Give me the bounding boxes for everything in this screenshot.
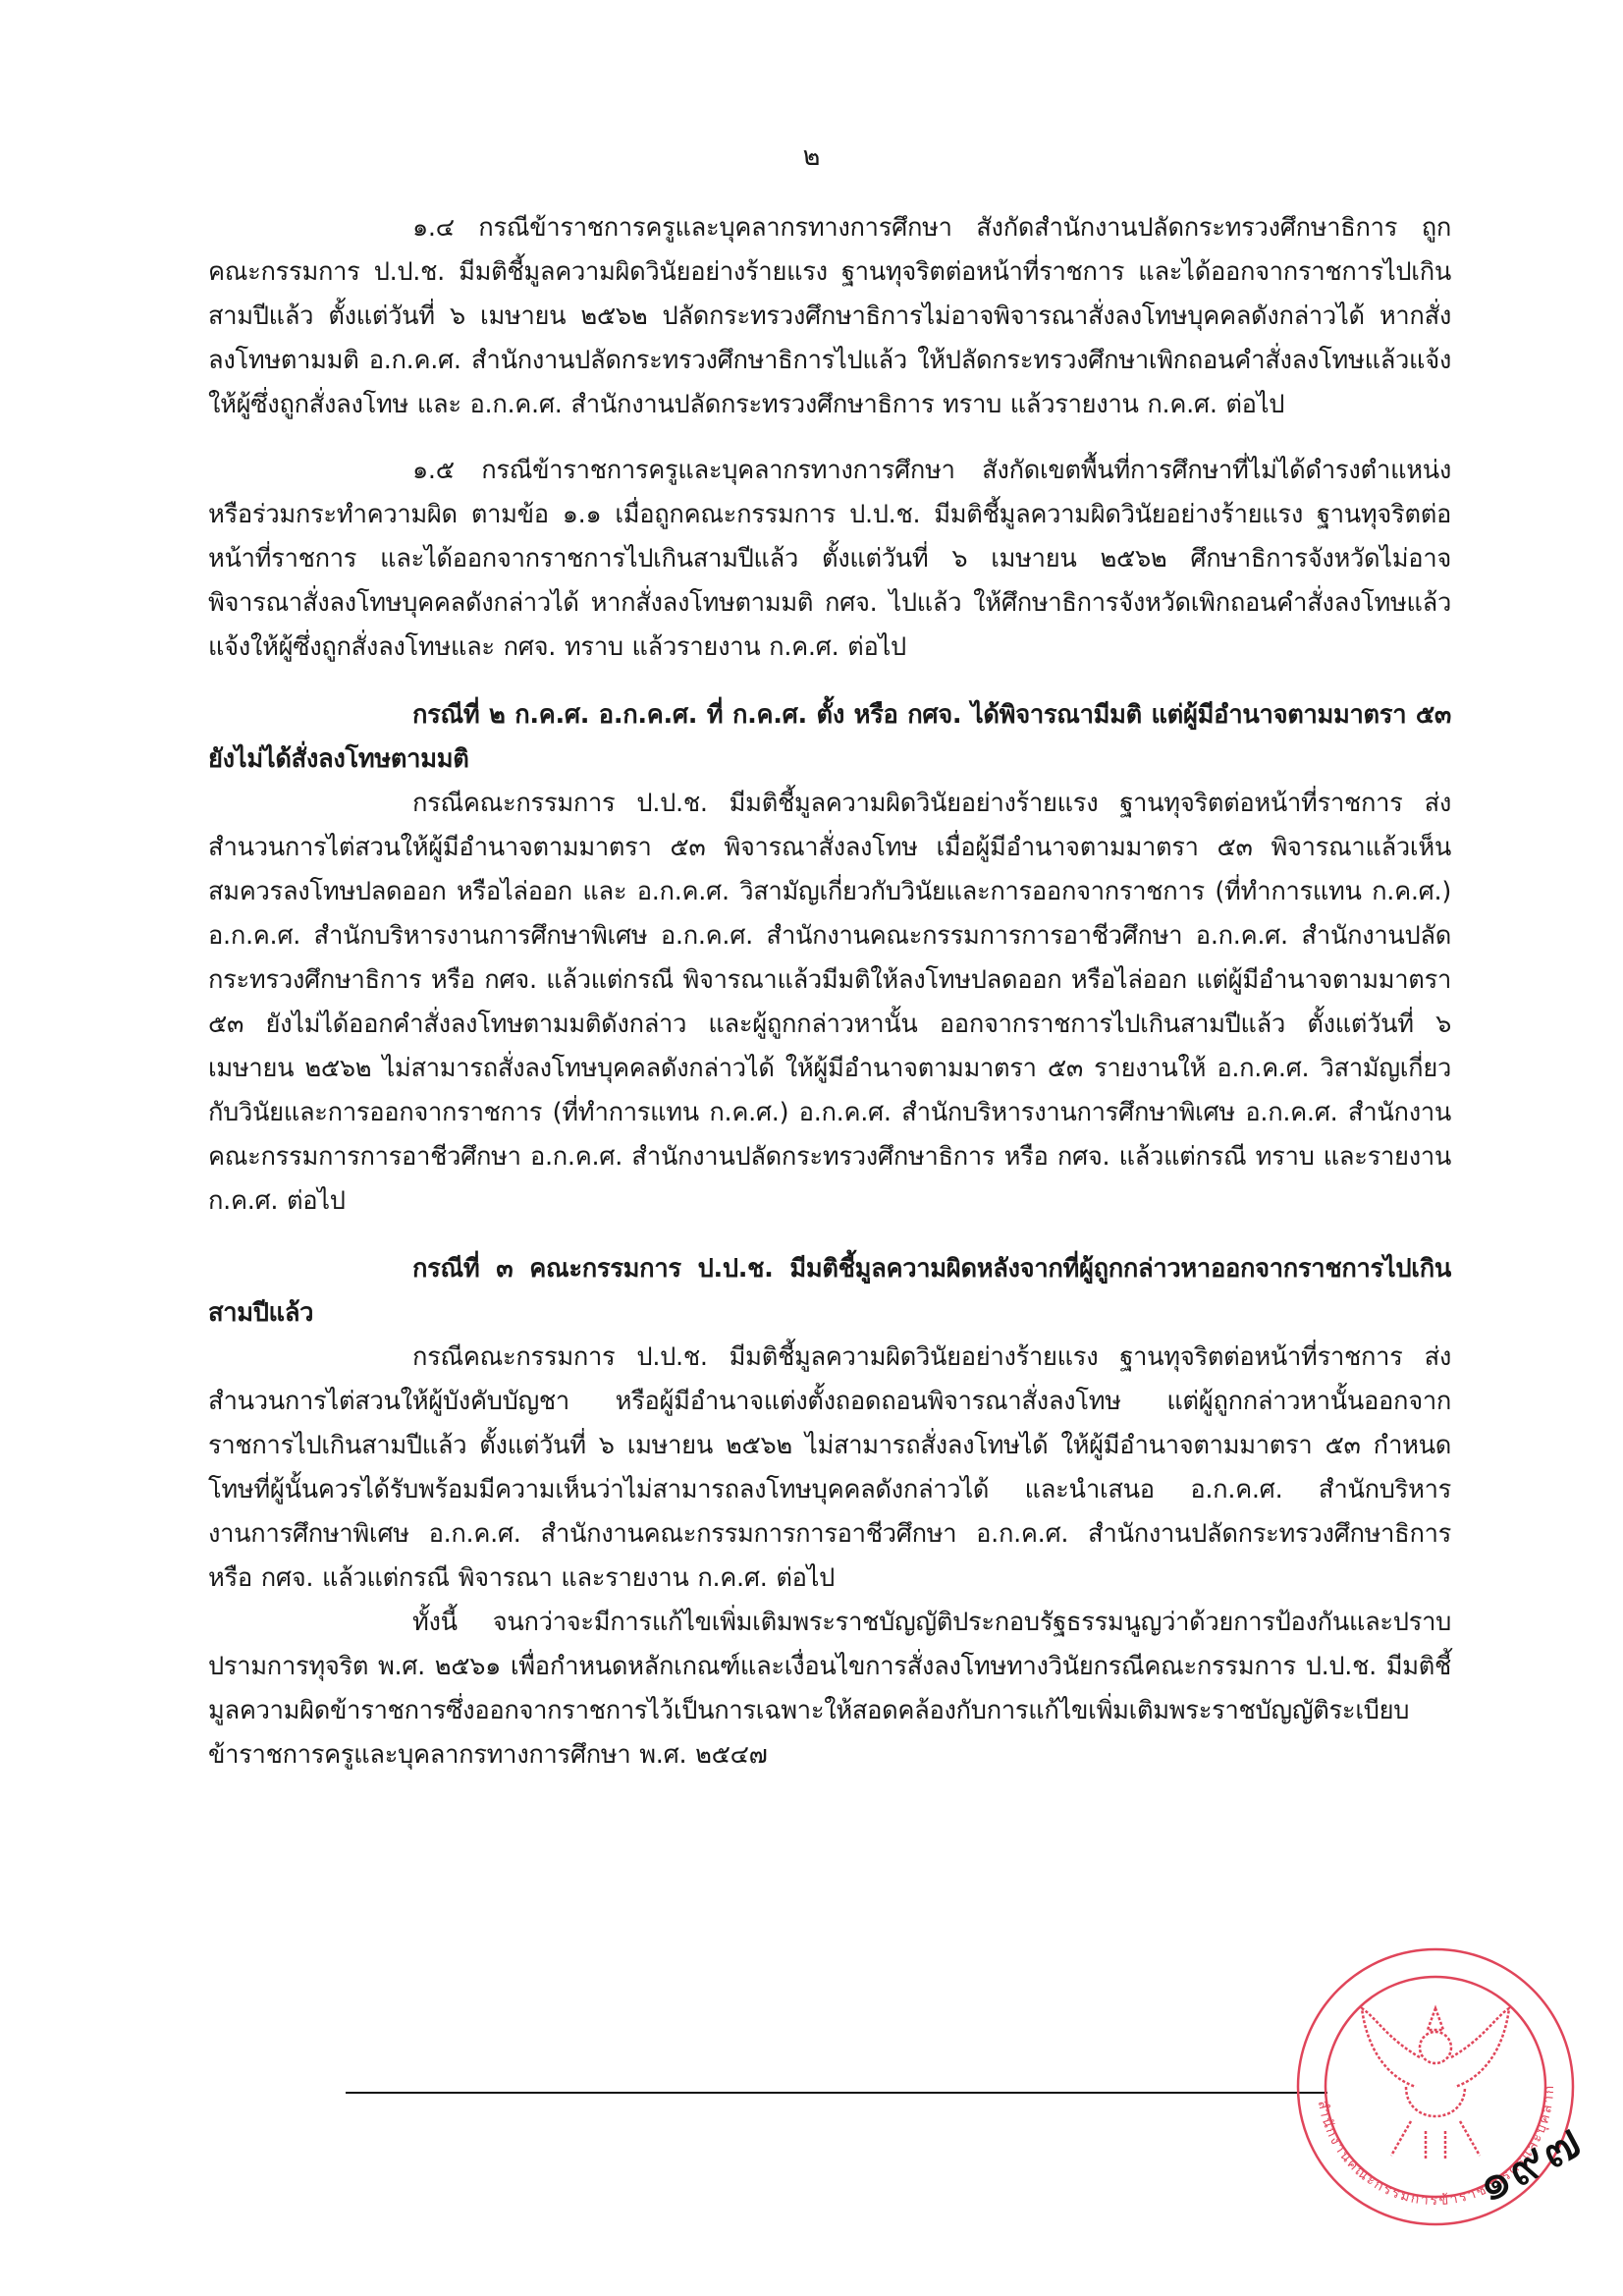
paragraph-1-4: ๑.๔ กรณีข้าราชการครูและบุคลากรทางการศึกษ… [208,206,1451,427]
document-body: ๑.๔ กรณีข้าราชการครูและบุคลากรทางการศึกษ… [208,206,1451,1777]
page-number: ๒ [0,137,1623,177]
case-2-body: กรณีคณะกรรมการ ป.ป.ช. มีมติชี้มูลความผิด… [208,782,1451,1224]
paragraph-1-5: ๑.๕ กรณีข้าราชการครูและบุคลากรทางการศึกษ… [208,449,1451,670]
case-3-body: กรณีคณะกรรมการ ป.ป.ช. มีมติชี้มูลความผิด… [208,1336,1451,1601]
closing-paragraph: ทั้งนี้ จนกว่าจะมีการแก้ไขเพิ่มเติมพระรา… [208,1601,1451,1777]
footer-divider [346,2092,1327,2094]
case-3-heading: กรณีที่ ๓ คณะกรรมการ ป.ป.ช. มีมติชี้มูลค… [208,1247,1451,1336]
case-2-heading: กรณีที่ ๒ ก.ค.ศ. อ.ก.ค.ศ. ที่ ก.ค.ศ. ตั้… [208,693,1451,782]
